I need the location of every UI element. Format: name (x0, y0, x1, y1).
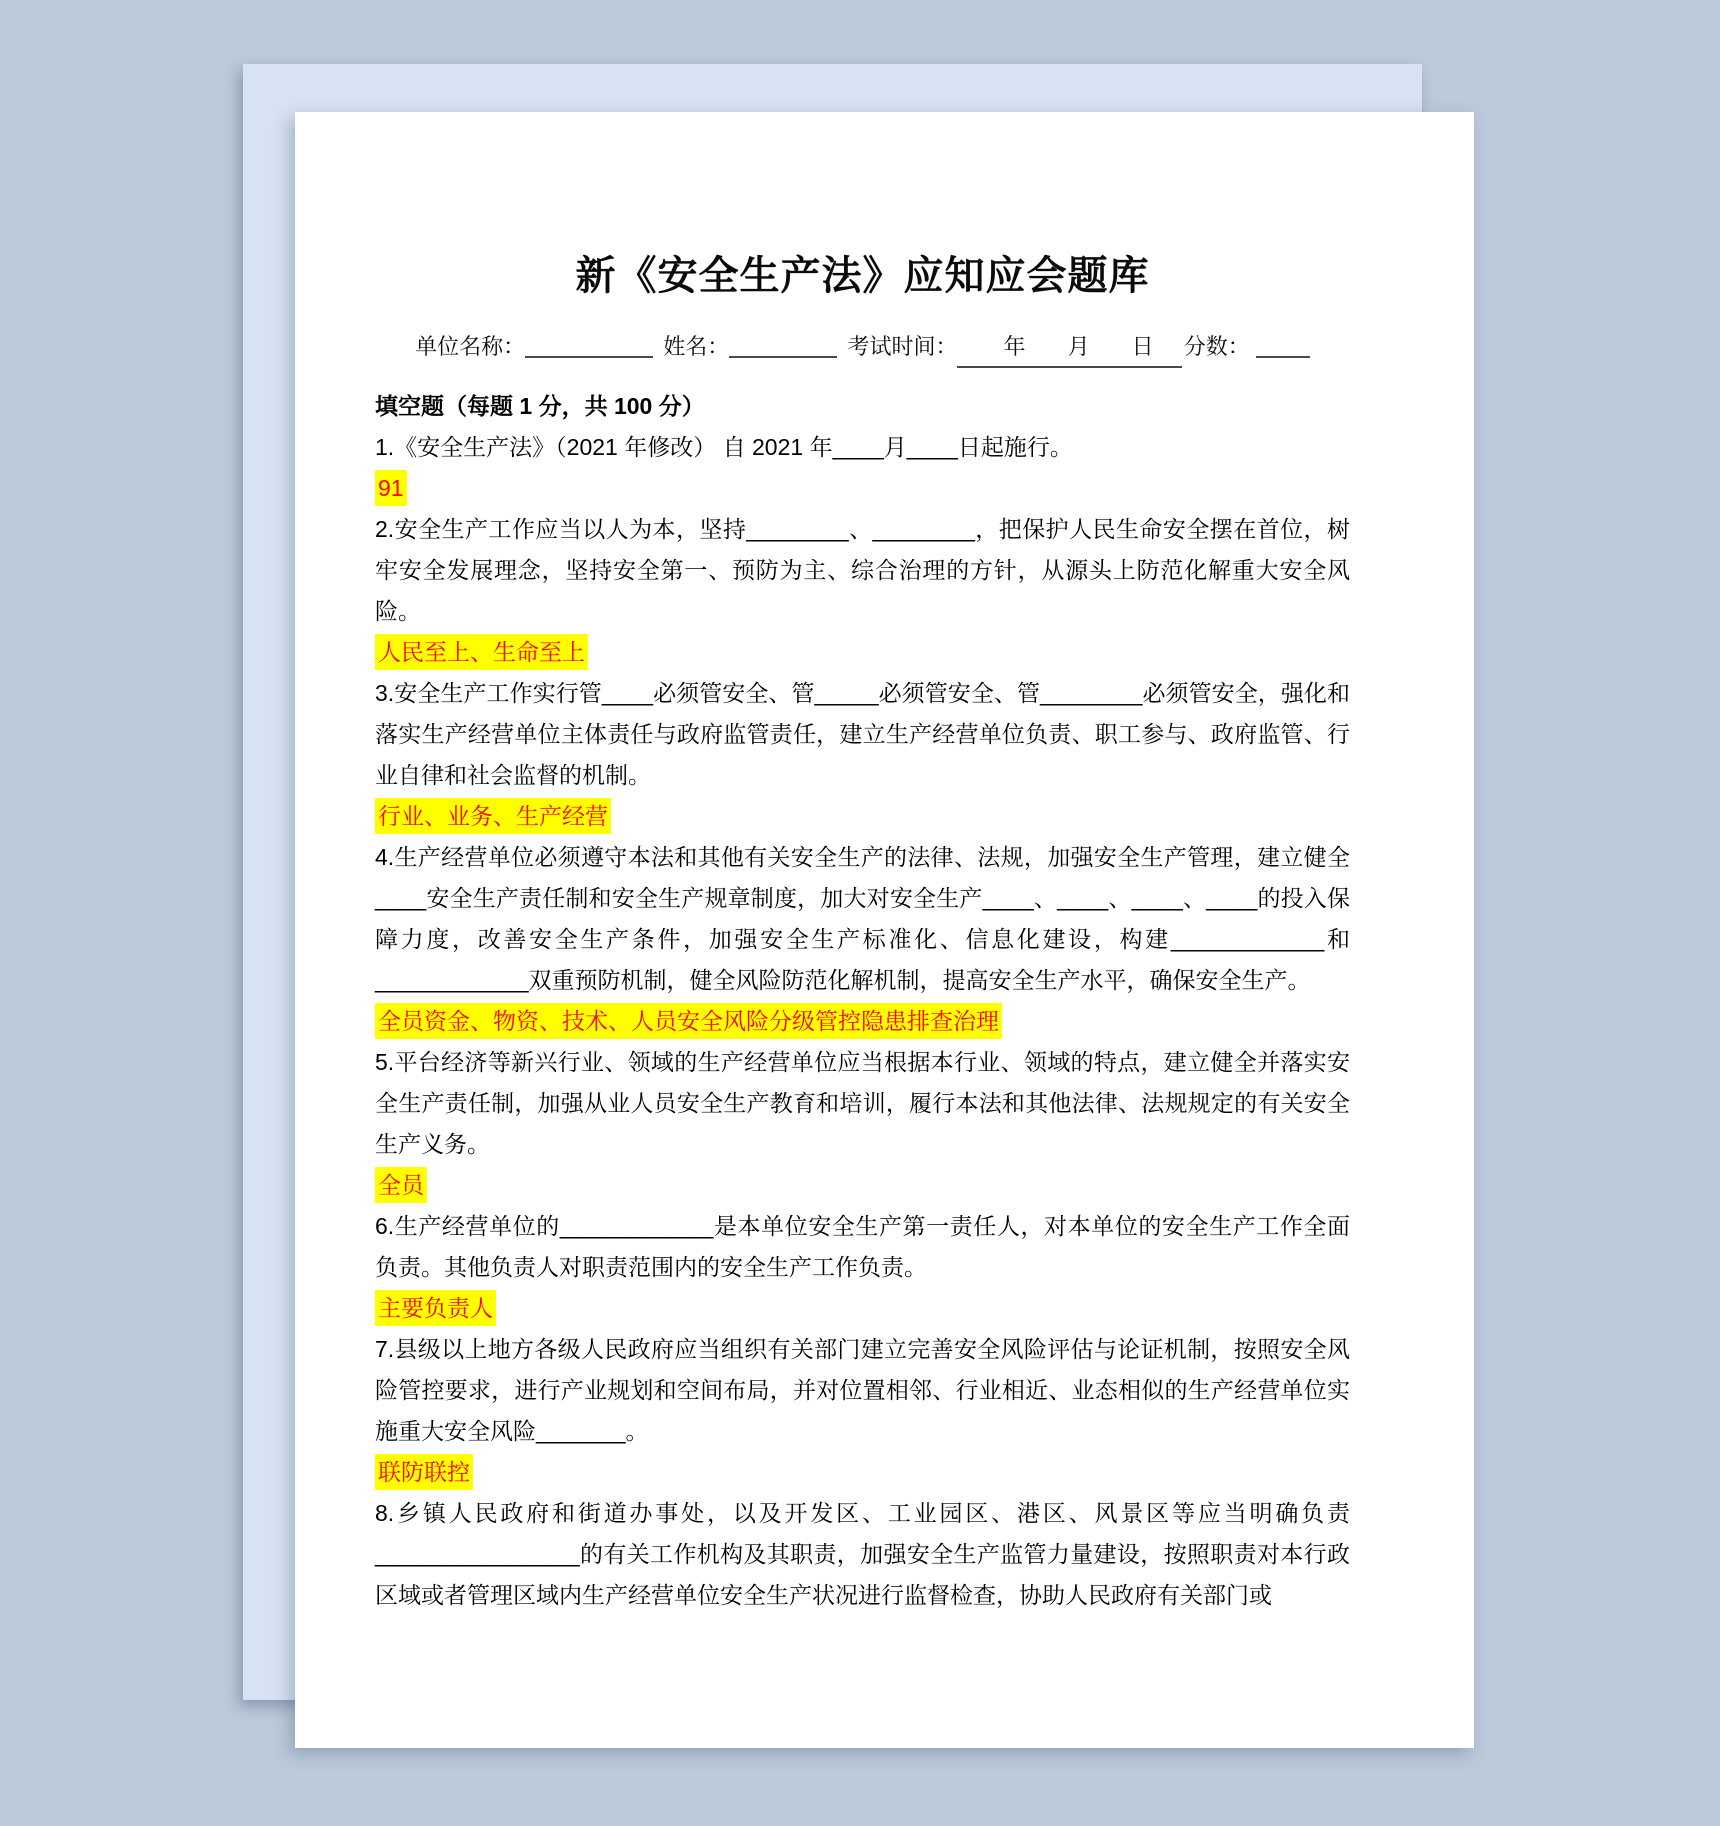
exam-time-label: 考试时间： (847, 334, 957, 359)
answer-6-line: 主要负责人 (375, 1288, 1350, 1329)
answer-2-line: 人民至上、生命至上 (375, 632, 1350, 673)
answer-5-line: 全员 (375, 1165, 1350, 1206)
question-3-text: 3.安全生产工作实行管____必须管安全、管_____必须管安全、管______… (375, 673, 1350, 796)
question-list: 填空题（每题 1 分，共 100 分） 1.《安全生产法》（2021 年修改） … (375, 386, 1350, 1616)
exam-info-line: 单位名称： 姓名： 考试时间：年 月 日分数： (375, 330, 1350, 368)
question-5-text: 5.平台经济等新兴行业、领域的生产经营单位应当根据本行业、领域的特点，建立健全并… (375, 1042, 1350, 1165)
answer-1-highlight: 91 (375, 470, 407, 506)
answer-7-highlight: 联防联控 (375, 1454, 473, 1490)
unit-name-label: 单位名称： (415, 334, 525, 359)
section-heading: 填空题（每题 1 分，共 100 分） (375, 386, 1350, 427)
document-title: 新《安全生产法》应知应会题库 (375, 248, 1350, 304)
answer-1-line: 91 (375, 468, 1350, 509)
question-7-text: 7.县级以上地方各级人民政府应当组织有关部门建立完善安全风险评估与论证机制，按照… (375, 1329, 1350, 1452)
question-6-text: 6.生产经营单位的____________是本单位安全生产第一责任人，对本单位的… (375, 1206, 1350, 1288)
answer-3-line: 行业、业务、生产经营 (375, 796, 1350, 837)
document-page: 新《安全生产法》应知应会题库 单位名称： 姓名： 考试时间：年 月 日分数： 填… (295, 112, 1474, 1748)
name-blank (729, 332, 837, 358)
question-2-text: 2.安全生产工作应当以人为本，坚持________、________，把保护人民… (375, 509, 1350, 632)
unit-name-blank (525, 332, 653, 358)
answer-4-line: 全员资金、物资、技术、人员安全风险分级管控隐患排查治理 (375, 1001, 1350, 1042)
page-content: 新《安全生产法》应知应会题库 单位名称： 姓名： 考试时间：年 月 日分数： 填… (295, 112, 1474, 1616)
answer-7-line: 联防联控 (375, 1452, 1350, 1493)
answer-4-highlight: 全员资金、物资、技术、人员安全风险分级管控隐患排查治理 (375, 1003, 1002, 1039)
preview-backdrop: 新《安全生产法》应知应会题库 单位名称： 姓名： 考试时间：年 月 日分数： 填… (0, 0, 1720, 1826)
question-1-text: 1.《安全生产法》（2021 年修改） 自 2021 年____月____日起施… (375, 427, 1350, 468)
question-4-text: 4.生产经营单位必须遵守本法和其他有关安全生产的法律、法规，加强安全生产管理，建… (375, 837, 1350, 1001)
answer-3-highlight: 行业、业务、生产经营 (375, 798, 611, 834)
score-blank (1256, 332, 1310, 358)
score-label: 分数： (1184, 334, 1250, 359)
exam-date-blank: 年 月 日 (957, 330, 1181, 368)
answer-5-highlight: 全员 (375, 1167, 427, 1203)
answer-2-highlight: 人民至上、生命至上 (375, 634, 588, 670)
question-8-text: 8.乡镇人民政府和街道办事处，以及开发区、工业园区、港区、风景区等应当明确负责_… (375, 1493, 1350, 1616)
answer-6-highlight: 主要负责人 (375, 1290, 496, 1326)
name-label: 姓名： (663, 334, 729, 359)
